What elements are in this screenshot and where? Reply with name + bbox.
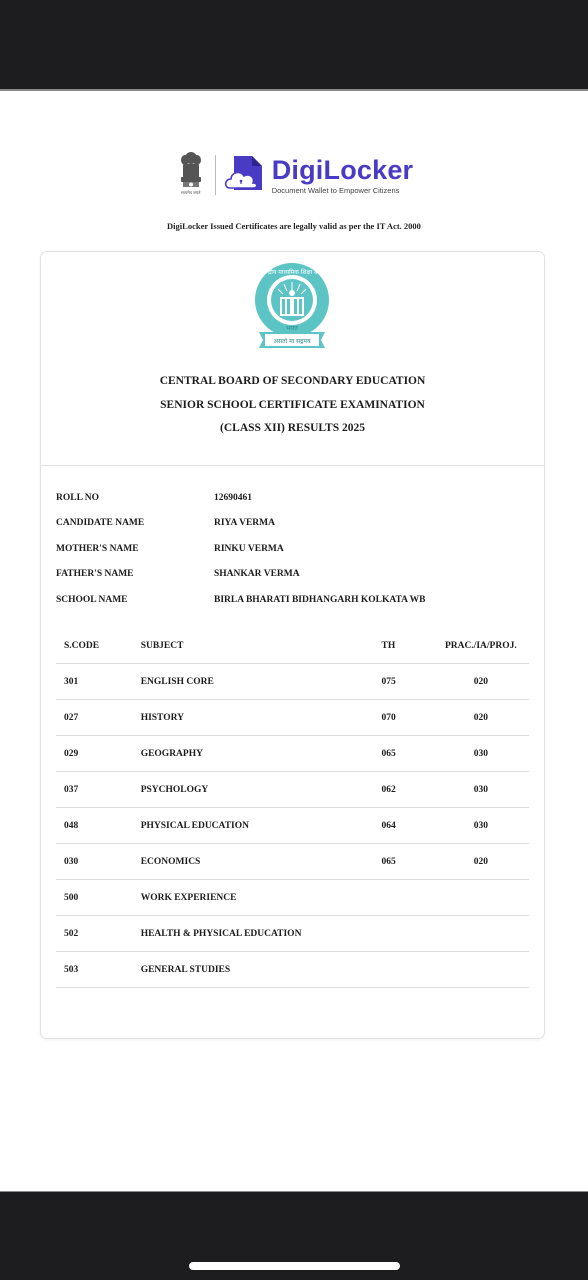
title-line-exam: SENIOR SCHOOL CERTIFICATE EXAMINATION bbox=[41, 394, 544, 418]
practical-marks: 020 bbox=[433, 677, 529, 687]
practical-marks: 020 bbox=[433, 713, 529, 723]
header-subject: SUBJECT bbox=[141, 641, 382, 651]
subject-code: 500 bbox=[56, 893, 141, 903]
detail-roll-no: ROLL NO 12690461 bbox=[56, 485, 526, 511]
emblem-caption: सत्यमेव जयते bbox=[181, 190, 200, 196]
certificate-title: CENTRAL BOARD OF SECONDARY EDUCATION SEN… bbox=[41, 370, 544, 441]
cbse-logo-icon: केन्द्रीय माध्यमिक शिक्षा बोर्ड भारत असत… bbox=[251, 260, 333, 352]
brand-name: DigiLocker bbox=[272, 156, 414, 184]
practical-marks: 020 bbox=[433, 857, 529, 867]
detail-label: ROLL NO bbox=[56, 493, 214, 503]
status-bar-area bbox=[0, 0, 588, 91]
subject-name: ENGLISH CORE bbox=[141, 677, 382, 687]
theory-marks: 064 bbox=[382, 821, 433, 831]
subject-name: HEALTH & PHYSICAL EDUCATION bbox=[141, 929, 382, 939]
practical-marks: 030 bbox=[433, 749, 529, 759]
detail-label: MOTHER'S NAME bbox=[56, 544, 214, 554]
practical-marks: 030 bbox=[433, 821, 529, 831]
header-theory: TH bbox=[382, 641, 433, 651]
subject-code: 027 bbox=[56, 713, 141, 723]
theory-marks: 065 bbox=[382, 749, 433, 759]
table-row: 029GEOGRAPHY065030 bbox=[56, 736, 529, 772]
subject-code: 030 bbox=[56, 857, 141, 867]
detail-label: SCHOOL NAME bbox=[56, 595, 214, 605]
subject-name: GENERAL STUDIES bbox=[141, 965, 382, 975]
cbse-logo-ribbon-text: असतो मा सद्गमय bbox=[274, 337, 311, 345]
detail-value: BIRLA BHARATI BIDHANGARH KOLKATA WB bbox=[214, 595, 526, 605]
table-row: 037PSYCHOLOGY062030 bbox=[56, 772, 529, 808]
digilocker-header: सत्यमेव जयते DigiLocker Document Wallet … bbox=[0, 150, 588, 200]
theory-marks: 075 bbox=[382, 677, 433, 687]
detail-value: RIYA VERMA bbox=[214, 518, 526, 528]
table-row: 502HEALTH & PHYSICAL EDUCATION bbox=[56, 916, 529, 952]
cbse-logo-top-text: केन्द्रीय माध्यमिक शिक्षा बोर्ड bbox=[262, 268, 324, 276]
detail-value: 12690461 bbox=[214, 493, 526, 503]
logo-divider bbox=[215, 155, 216, 195]
home-bar-area bbox=[0, 1191, 588, 1280]
subject-code: 301 bbox=[56, 677, 141, 687]
theory-marks: 070 bbox=[382, 713, 433, 723]
table-row: 503GENERAL STUDIES bbox=[56, 952, 529, 988]
table-row: 030ECONOMICS065020 bbox=[56, 844, 529, 880]
table-row: 500WORK EXPERIENCE bbox=[56, 880, 529, 916]
subject-code: 502 bbox=[56, 929, 141, 939]
home-indicator[interactable] bbox=[189, 1262, 400, 1270]
subject-code: 503 bbox=[56, 965, 141, 975]
brand-tagline: Document Wallet to Empower Citizens bbox=[272, 186, 414, 195]
detail-label: FATHER'S NAME bbox=[56, 569, 214, 579]
header-code: S.CODE bbox=[56, 641, 141, 651]
table-row: 027HISTORY070020 bbox=[56, 700, 529, 736]
subject-code: 029 bbox=[56, 749, 141, 759]
header-practical: PRAC./IA/PROJ. bbox=[433, 641, 529, 651]
title-line-board: CENTRAL BOARD OF SECONDARY EDUCATION bbox=[41, 370, 544, 394]
subject-name: PSYCHOLOGY bbox=[141, 785, 382, 795]
cbse-logo-middle-text: भारत bbox=[286, 325, 298, 332]
certificate-header: केन्द्रीय माध्यमिक शिक्षा बोर्ड भारत असत… bbox=[41, 252, 544, 466]
detail-father-name: FATHER'S NAME SHANKAR VERMA bbox=[56, 562, 526, 588]
marks-table-header: S.CODE SUBJECT TH PRAC./IA/PROJ. bbox=[56, 628, 529, 664]
detail-value: SHANKAR VERMA bbox=[214, 569, 526, 579]
title-line-results: (CLASS XII) RESULTS 2025 bbox=[41, 417, 544, 441]
detail-candidate-name: CANDIDATE NAME RIYA VERMA bbox=[56, 511, 526, 537]
detail-mother-name: MOTHER'S NAME RINKU VERMA bbox=[56, 536, 526, 562]
national-emblem-icon: सत्यमेव जयते bbox=[175, 150, 207, 200]
detail-label: CANDIDATE NAME bbox=[56, 518, 214, 528]
detail-value: RINKU VERMA bbox=[214, 544, 526, 554]
candidate-details: ROLL NO 12690461 CANDIDATE NAME RIYA VER… bbox=[56, 485, 526, 613]
subject-name: GEOGRAPHY bbox=[141, 749, 382, 759]
subject-name: PHYSICAL EDUCATION bbox=[141, 821, 382, 831]
digilocker-logo-icon bbox=[222, 152, 268, 198]
practical-marks: 030 bbox=[433, 785, 529, 795]
subject-name: WORK EXPERIENCE bbox=[141, 893, 382, 903]
table-row: 301ENGLISH CORE075020 bbox=[56, 664, 529, 700]
subject-name: ECONOMICS bbox=[141, 857, 382, 867]
theory-marks: 062 bbox=[382, 785, 433, 795]
subject-code: 037 bbox=[56, 785, 141, 795]
detail-school-name: SCHOOL NAME BIRLA BHARATI BIDHANGARH KOL… bbox=[56, 587, 526, 613]
legal-validity-note: DigiLocker Issued Certificates are legal… bbox=[0, 221, 588, 231]
marks-table: S.CODE SUBJECT TH PRAC./IA/PROJ. 301ENGL… bbox=[56, 628, 529, 988]
certificate-card: केन्द्रीय माध्यमिक शिक्षा बोर्ड भारत असत… bbox=[40, 251, 545, 1039]
table-row: 048PHYSICAL EDUCATION064030 bbox=[56, 808, 529, 844]
subject-code: 048 bbox=[56, 821, 141, 831]
theory-marks: 065 bbox=[382, 857, 433, 867]
subject-name: HISTORY bbox=[141, 713, 382, 723]
